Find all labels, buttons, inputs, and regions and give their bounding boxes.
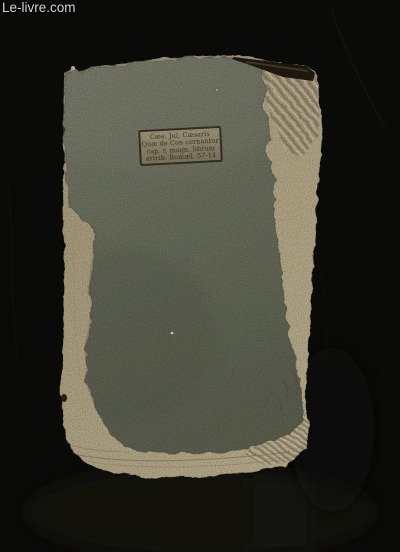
title-label: Cæs. Jul. Cæsaris Quæ de Con cernantur c… — [139, 127, 222, 165]
dark-spot — [61, 394, 67, 402]
watermark-text: Le-livre.com — [2, 0, 76, 16]
white-speck — [171, 332, 174, 335]
book: Cæs. Jul. Cæsaris Quæ de Con cernantur c… — [25, 48, 322, 478]
label-text: Cæs. Jul. Cæsaris Quæ de Con cernantur c… — [141, 130, 220, 163]
backdrop-band — [248, 478, 312, 552]
corner-fleck — [71, 66, 75, 70]
white-speck — [216, 89, 218, 91]
book-photo-illustration: Cæs. Jul. Cæsaris Quæ de Con cernantur c… — [0, 0, 400, 552]
product-photo: Le-livre.com — [0, 0, 400, 552]
